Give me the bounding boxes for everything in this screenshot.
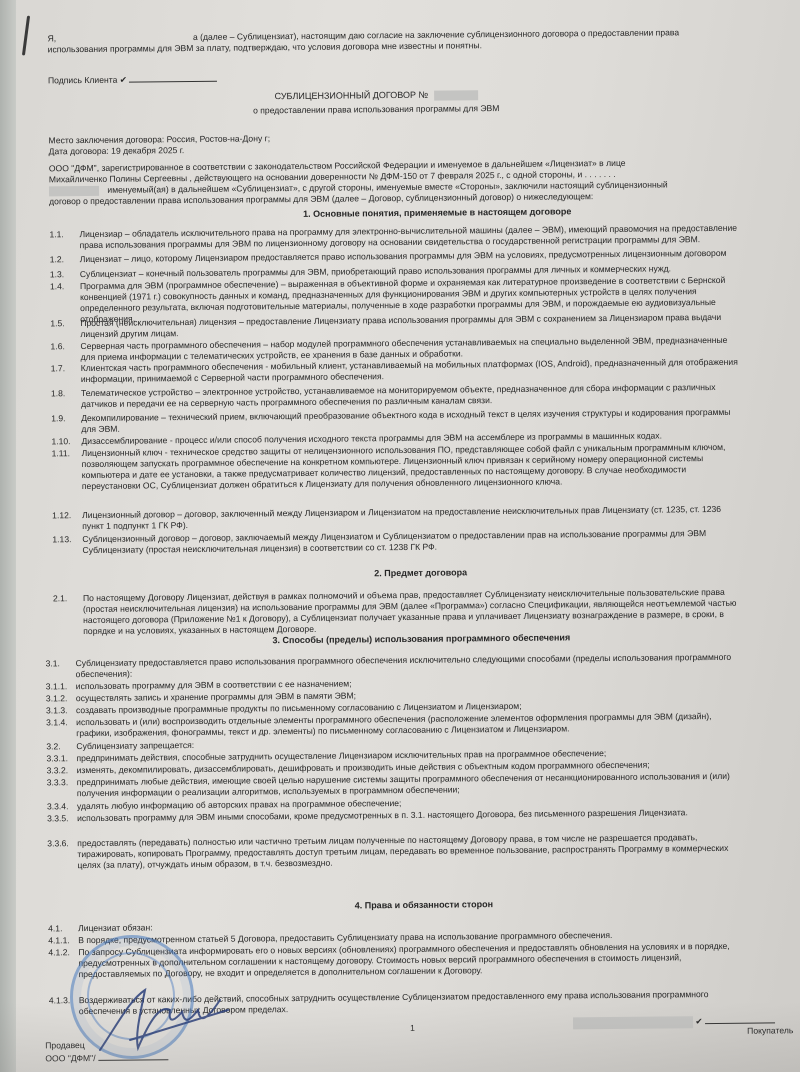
clause-text: Лицензионный ключ - техническое средство… bbox=[81, 442, 741, 492]
clause-number: 4.1. bbox=[48, 923, 78, 934]
clause-item: 3.3.6.предоставлять (передавать) полност… bbox=[47, 832, 737, 872]
section-4-items: 4.1.Лицензиат обязан:4.1.1.В порядке, пр… bbox=[0, 0, 795, 4]
clause-item: 1.1.Лицензиар – обладатель исключительно… bbox=[49, 223, 739, 252]
clause-number: 3.1. bbox=[46, 658, 76, 669]
contract-date: Дата договора: 19 декабря 2025 г. bbox=[49, 145, 185, 157]
clause-number: 3.3.3. bbox=[47, 777, 77, 788]
clause-number: 3.3.2. bbox=[47, 765, 77, 776]
clause-number: 3.2. bbox=[46, 741, 76, 752]
clause-item: 1.11.Лицензионный ключ - техническое сре… bbox=[51, 442, 741, 493]
clause-text: Лицензиар – обладатель исключительного п… bbox=[79, 223, 739, 251]
redacted-client-name bbox=[49, 186, 99, 196]
clause-text: Лицензиат – лицо, которому Лицензиаром п… bbox=[80, 248, 740, 265]
clause-number: 1.7. bbox=[51, 363, 81, 374]
clause-number: 3.1.1. bbox=[46, 681, 76, 692]
clause-number: 3.3.5. bbox=[47, 813, 77, 824]
clause-number: 3.1.2. bbox=[46, 693, 76, 704]
clause-number: 1.10. bbox=[51, 436, 81, 447]
clause-number: 1.1. bbox=[49, 229, 79, 240]
clause-number: 1.11. bbox=[51, 448, 81, 459]
section-2-items: 2.1.По настоящему Договору Лицензиат, де… bbox=[0, 0, 795, 4]
section-1-heading: 1. Основные понятия, применяемые в насто… bbox=[37, 204, 800, 223]
contract-title-text: СУБЛИЦЕНЗИОННЫЙ ДОГОВОР № bbox=[275, 90, 429, 101]
section-1-items: 1.1.Лицензиар – обладатель исключительно… bbox=[0, 0, 795, 4]
clause-number: 1.2. bbox=[50, 254, 80, 265]
clause-item: 1.8.Телематическое устройство – электрон… bbox=[51, 382, 741, 411]
clause-number: 1.6. bbox=[50, 341, 80, 352]
clause-number: 1.4. bbox=[50, 281, 80, 292]
clause-item: 1.13.Сублицензионный договор – договор, … bbox=[52, 528, 742, 557]
clause-number: 1.5. bbox=[50, 318, 80, 329]
section-4-heading: 4. Права и обязанности сторон bbox=[24, 896, 800, 915]
clause-item: 2.1.По настоящему Договору Лицензиат, де… bbox=[53, 587, 743, 638]
pen-mark bbox=[22, 16, 30, 56]
client-signature-line[interactable] bbox=[129, 73, 217, 83]
clause-number: 3.1.3. bbox=[46, 705, 76, 716]
clause-number: 3.3.4. bbox=[47, 801, 77, 812]
clause-number: 3.1.4. bbox=[46, 717, 76, 728]
clause-text: предоставлять (передавать) полностью или… bbox=[77, 832, 737, 871]
clause-item: 1.2.Лицензиат – лицо, которому Лицензиар… bbox=[50, 248, 740, 266]
photo-shadow bbox=[0, 1002, 800, 1072]
contract-page: Я, а (далее – Сублицензиат), настоящим д… bbox=[0, 0, 800, 1072]
clause-number: 1.12. bbox=[52, 510, 82, 521]
clause-number: 3.3.6. bbox=[47, 838, 77, 849]
redacted-contract-number bbox=[434, 90, 478, 100]
consent-prefix: Я, bbox=[48, 33, 57, 43]
clause-number: 4.1.2. bbox=[48, 947, 78, 958]
clause-text: Телематическое устройство – электронное … bbox=[81, 382, 741, 410]
clause-number: 1.9. bbox=[51, 413, 81, 424]
section-2-heading: 2. Предмет договора bbox=[21, 564, 800, 583]
clause-text: По настоящему Договору Лицензиат, действ… bbox=[83, 587, 743, 637]
client-signature-field: Подпись Клиента ✔ bbox=[48, 73, 217, 87]
clause-number: 4.1.1. bbox=[48, 935, 78, 946]
section-3-items: 3.1.Сублицензиату предоставляется право … bbox=[0, 0, 795, 4]
clause-text: Сублицензионный договор – договор, заклю… bbox=[82, 528, 742, 556]
client-signature-label: Подпись Клиента ✔ bbox=[48, 75, 127, 86]
document-photo: Я, а (далее – Сублицензиат), настоящим д… bbox=[0, 0, 800, 1072]
clause-number: 1.8. bbox=[51, 388, 81, 399]
clause-number: 3.3.1. bbox=[46, 753, 76, 764]
clause-number: 1.3. bbox=[50, 269, 80, 280]
clause-number: 2.1. bbox=[53, 593, 83, 604]
contract-subtitle: о предоставлении права использования про… bbox=[56, 101, 696, 118]
clause-number: 1.13. bbox=[52, 534, 82, 545]
